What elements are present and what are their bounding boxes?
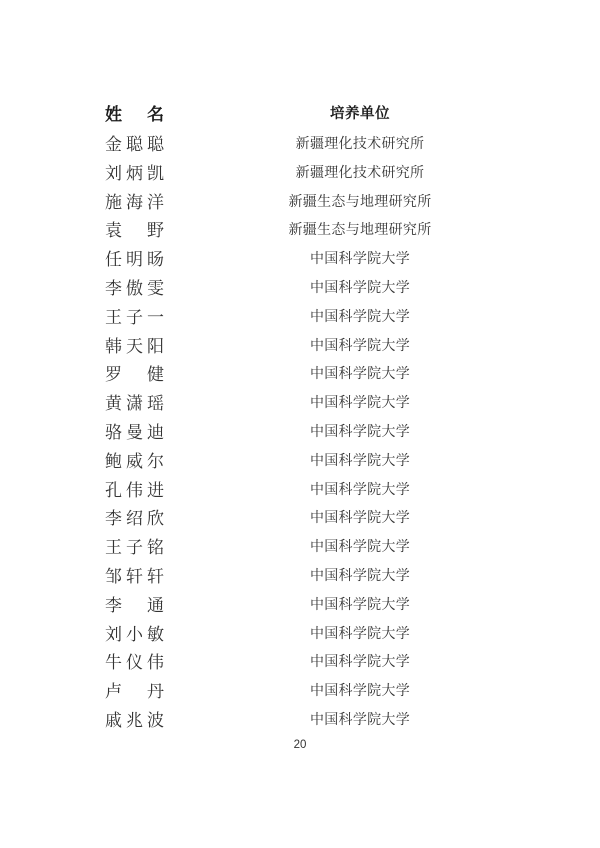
- name-cell: 罗 健: [105, 361, 168, 390]
- table-row: 李绍欣 中国科学院大学: [0, 505, 600, 534]
- institution-cell: 新疆生态与地理研究所: [250, 189, 470, 218]
- name-cell: 王子一: [105, 304, 168, 333]
- institution-cell: 中国科学院大学: [250, 649, 470, 678]
- name-cell: 骆曼迪: [105, 419, 168, 448]
- table-row: 王子铭 中国科学院大学: [0, 534, 600, 563]
- column-header-institution: 培养单位: [250, 98, 470, 131]
- table-row: 黄潇瑶 中国科学院大学: [0, 390, 600, 419]
- institution-cell: 中国科学院大学: [250, 275, 470, 304]
- table-row: 王子一 中国科学院大学: [0, 304, 600, 333]
- institution-cell: 中国科学院大学: [250, 448, 470, 477]
- table-row: 金聪聪 新疆理化技术研究所: [0, 131, 600, 160]
- institution-cell: 中国科学院大学: [250, 333, 470, 362]
- institution-cell: 中国科学院大学: [250, 419, 470, 448]
- table-header-row: 姓 名 培养单位: [0, 98, 600, 131]
- name-cell: 牛仪伟: [105, 649, 168, 678]
- table-row: 邹轩轩 中国科学院大学: [0, 563, 600, 592]
- name-cell: 鲍威尔: [105, 448, 168, 477]
- table-row: 刘小敏 中国科学院大学: [0, 621, 600, 650]
- institution-cell: 中国科学院大学: [250, 246, 470, 275]
- name-cell: 王子铭: [105, 534, 168, 563]
- institution-cell: 新疆生态与地理研究所: [250, 217, 470, 246]
- document-page: 姓 名 培养单位 金聪聪 新疆理化技术研究所 刘炳凯 新疆理化技术研究所 施海洋…: [0, 0, 600, 848]
- table-row: 鲍威尔 中国科学院大学: [0, 448, 600, 477]
- institution-cell: 中国科学院大学: [250, 390, 470, 419]
- name-cell: 袁 野: [105, 217, 168, 246]
- institution-cell: 中国科学院大学: [250, 534, 470, 563]
- table-row: 李傲雯 中国科学院大学: [0, 275, 600, 304]
- institution-cell: 中国科学院大学: [250, 563, 470, 592]
- name-cell: 黄潇瑶: [105, 390, 168, 419]
- table-row: 卢 丹 中国科学院大学: [0, 678, 600, 707]
- name-cell: 金聪聪: [105, 131, 168, 160]
- name-cell: 孔伟进: [105, 477, 168, 506]
- institution-cell: 中国科学院大学: [250, 592, 470, 621]
- name-cell: 任明旸: [105, 246, 168, 275]
- table-row: 罗 健 中国科学院大学: [0, 361, 600, 390]
- institution-cell: 中国科学院大学: [250, 621, 470, 650]
- name-cell: 李绍欣: [105, 505, 168, 534]
- table-row: 袁 野 新疆生态与地理研究所: [0, 217, 600, 246]
- name-cell: 刘小敏: [105, 621, 168, 650]
- institution-cell: 中国科学院大学: [250, 707, 470, 736]
- page-number: 20: [0, 739, 600, 751]
- name-cell: 李 通: [105, 592, 168, 621]
- name-cell: 卢 丹: [105, 678, 168, 707]
- institution-cell: 中国科学院大学: [250, 678, 470, 707]
- institution-cell: 中国科学院大学: [250, 304, 470, 333]
- table-row: 施海洋 新疆生态与地理研究所: [0, 189, 600, 218]
- column-header-name: 姓 名: [105, 98, 168, 131]
- table-row: 戚兆波 中国科学院大学: [0, 707, 600, 736]
- table-row: 任明旸 中国科学院大学: [0, 246, 600, 275]
- name-cell: 施海洋: [105, 189, 168, 218]
- table-body: 金聪聪 新疆理化技术研究所 刘炳凯 新疆理化技术研究所 施海洋 新疆生态与地理研…: [0, 131, 600, 736]
- table-row: 李 通 中国科学院大学: [0, 592, 600, 621]
- name-cell: 刘炳凯: [105, 160, 168, 189]
- table-row: 刘炳凯 新疆理化技术研究所: [0, 160, 600, 189]
- table-row: 韩天阳 中国科学院大学: [0, 333, 600, 362]
- institution-cell: 新疆理化技术研究所: [250, 160, 470, 189]
- institution-cell: 中国科学院大学: [250, 361, 470, 390]
- table-row: 孔伟进 中国科学院大学: [0, 477, 600, 506]
- table-row: 骆曼迪 中国科学院大学: [0, 419, 600, 448]
- roster-table: 姓 名 培养单位 金聪聪 新疆理化技术研究所 刘炳凯 新疆理化技术研究所 施海洋…: [0, 98, 600, 736]
- institution-cell: 中国科学院大学: [250, 505, 470, 534]
- name-cell: 戚兆波: [105, 707, 168, 736]
- name-cell: 李傲雯: [105, 275, 168, 304]
- table-row: 牛仪伟 中国科学院大学: [0, 649, 600, 678]
- name-cell: 韩天阳: [105, 333, 168, 362]
- institution-cell: 新疆理化技术研究所: [250, 131, 470, 160]
- institution-cell: 中国科学院大学: [250, 477, 470, 506]
- name-cell: 邹轩轩: [105, 563, 168, 592]
